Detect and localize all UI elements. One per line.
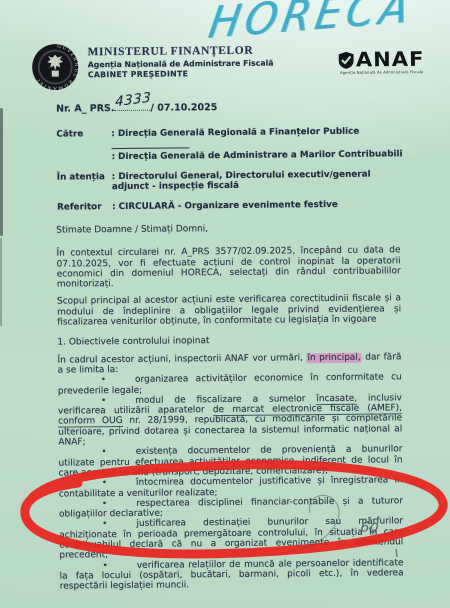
- scan-edge-artifact: [0, 108, 3, 236]
- letter-body: Stimate Doamne / Stimați Domni, În conte…: [56, 222, 404, 592]
- attention-text: : Directorului General, Directorului exe…: [112, 169, 409, 193]
- bullet-marker: •: [101, 396, 135, 406]
- agency-name: Agenția Națională de Administrare Fiscal…: [88, 59, 274, 70]
- dotted-fill-line: 4333: [114, 101, 150, 111]
- bullet-marker: •: [102, 560, 136, 570]
- bullet-item: •existența documentelor de proveniență a…: [58, 445, 402, 479]
- subject-text: : CIRCULARĂ - Organizare evenimente fest…: [112, 199, 409, 212]
- subject-label: Referitor: [57, 202, 112, 213]
- scanned-document-page: HORECA GUVERNUL ROMÂNIEI MINISTERUL FINA…: [0, 0, 450, 608]
- attention-label: În atenția: [57, 172, 112, 194]
- recipient-to-row: Către : Direcția Generală Regională a Fi…: [56, 126, 408, 163]
- letterhead: GUVERNUL ROMÂNIEI MINISTERUL FINANȚELOR …: [31, 40, 417, 91]
- subject-row: Referitor : CIRCULARĂ - Organizare eveni…: [57, 199, 409, 213]
- reference-number-line: Nr. A_ PRS.4333/ 07.10.2025: [56, 100, 217, 115]
- handwritten-registration-number: 4333: [115, 89, 151, 110]
- anaf-acronym: ANAF: [356, 48, 425, 71]
- bullet-item: •modul de fiscalizare a sumelor încasate…: [58, 393, 402, 448]
- bullet-marker: •: [101, 375, 135, 385]
- anaf-logo: ANAF Agenția Națională de Administrare F…: [328, 47, 436, 75]
- bullet-marker: •: [101, 447, 135, 457]
- ministry-name: MINISTERUL FINANȚELOR: [88, 45, 274, 59]
- objectives-bullet-list: •organizarea activităților economice în …: [58, 373, 404, 593]
- ministry-title-block: MINISTERUL FINANȚELOR Agenția Națională …: [87, 42, 273, 80]
- salutation: Stimate Doamne / Stimați Domni,: [56, 222, 400, 236]
- bullet-item: •verificarea relațiilor de muncă ale per…: [59, 558, 403, 592]
- blank-fill-line: [111, 139, 189, 149]
- section-title: 1. Obiectivele controlului inopinat: [57, 335, 401, 349]
- cabinet-name: CABINET PREȘEDINTE: [88, 69, 274, 80]
- bullet-marker: •: [102, 499, 136, 509]
- reference-prefix: Nr. A_ PRS.: [56, 103, 114, 115]
- bullet-item: •justificarea destinației bunurilor sau …: [59, 517, 403, 561]
- bullet-marker: •: [102, 478, 136, 488]
- scan-edge-artifact: [0, 238, 2, 326]
- document-content: HORECA GUVERNUL ROMÂNIEI MINISTERUL FINA…: [0, 0, 450, 608]
- text-segment: În cadrul acestor acțiuni, inspectorii A…: [57, 353, 306, 365]
- government-seal-icon: GUVERNUL ROMÂNIEI: [31, 43, 78, 90]
- bullet-marker: •: [102, 519, 136, 529]
- to-label: Către: [56, 129, 111, 163]
- to-line2: : Direcția Generală de Administrare a Ma…: [112, 149, 409, 162]
- reference-date: / 07.10.2025: [150, 102, 217, 114]
- to-line1: : Direcția Generală Regională a Finanțel…: [111, 126, 408, 152]
- paragraph-purpose: Scopul principal al acestor acțiuni este…: [57, 294, 401, 328]
- anaf-shield-icon: [339, 51, 354, 68]
- recipients-block: Către : Direcția Generală Regională a Fi…: [56, 126, 409, 222]
- highlighted-text: în principal,: [306, 352, 361, 363]
- paragraph-context: În contextul circularei nr. A_PRS 3577/0…: [56, 246, 400, 290]
- recipient-attention-row: În atenția : Directorului General, Direc…: [57, 169, 409, 194]
